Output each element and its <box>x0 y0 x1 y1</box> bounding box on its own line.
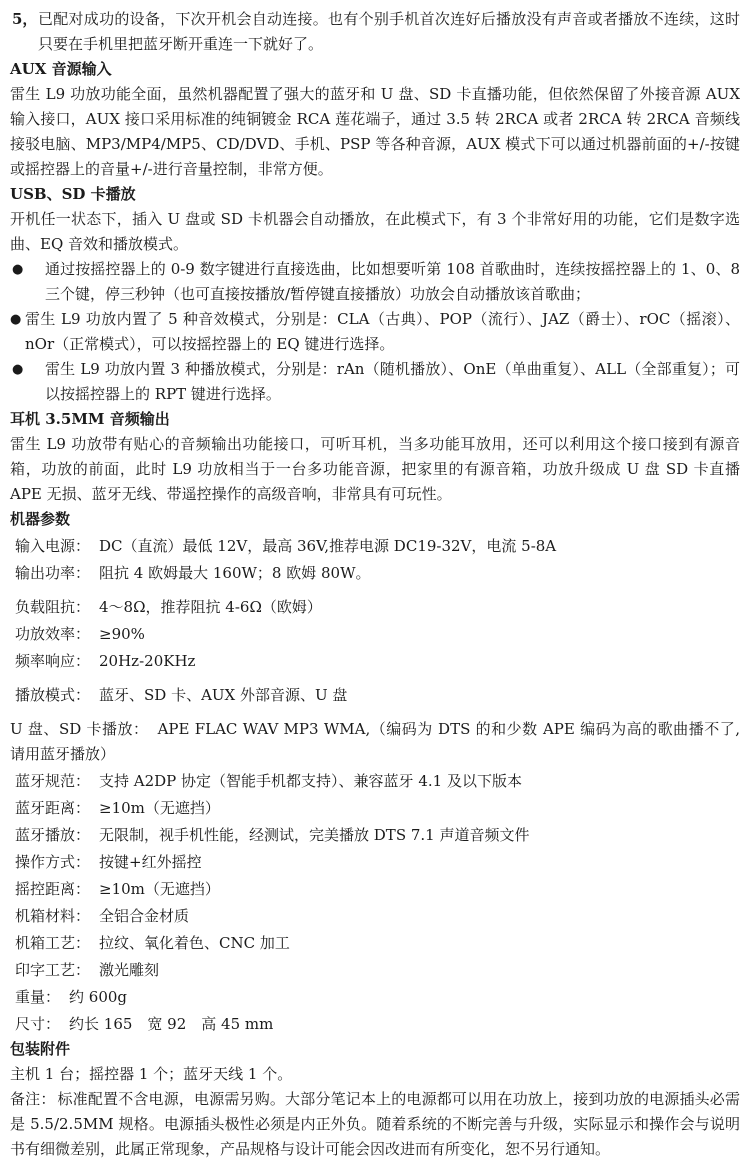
spec-row-print-craft: 印字工艺：激光雕刻 <box>10 958 740 983</box>
bullet-item-digit-select: ● 通过按摇控器上的 0-9 数字键进行直接选曲，比如想要听第 108 首歌曲时… <box>10 257 740 307</box>
spec-value: 全铝合金材质 <box>99 907 189 925</box>
item-number: 5， <box>12 7 37 32</box>
spec-row-operation: 操作方式：按键+红外摇控 <box>10 850 740 875</box>
spec-label: 摇控距离： <box>15 880 90 898</box>
spec-row-play-modes: 播放模式：蓝牙、SD 卡、AUX 外部音源、U 盘 <box>10 683 740 708</box>
spec-label: 负载阻抗： <box>15 598 90 616</box>
spec-label: 印字工艺： <box>15 961 90 979</box>
spec-row-case-craft: 机箱工艺：拉纹、氧化着色、CNC 加工 <box>10 931 740 956</box>
spec-value: ≥90% <box>99 625 145 643</box>
spec-row-load-impedance: 负载阻抗：4～8Ω，推荐阻抗 4-6Ω（欧姆） <box>10 595 740 620</box>
spec-label: 频率响应： <box>15 652 90 670</box>
spec-row-usb-sd-playback: U 盘、SD 卡播放：APE FLAC WAV MP3 WMA,（编码为 DTS… <box>10 717 740 767</box>
spec-label: 尺寸： <box>15 1015 60 1033</box>
spec-value: 阻抗 4 欧姆最大 160W；8 欧姆 80W。 <box>99 564 370 582</box>
spec-label: 重量： <box>15 988 60 1006</box>
section-heading-usb-sd: USB、SD 卡播放 <box>10 182 740 207</box>
packaging-paragraph: 主机 1 台；摇控器 1 个；蓝牙天线 1 个。 <box>10 1062 740 1087</box>
spec-row-efficiency: 功放效率：≥90% <box>10 622 740 647</box>
note-text: 标准配置不含电源，电源需另购。大部分笔记本上的电源都可以用在功放上，接到功放的电… <box>10 1090 740 1158</box>
spec-row-weight: 重量：约 600g <box>10 985 740 1010</box>
spec-row-bt-distance: 蓝牙距离：≥10m（无遮挡） <box>10 796 740 821</box>
spec-value: DC（直流）最低 12V，最高 36V,推荐电源 DC19-32V，电流 5-8… <box>99 537 556 555</box>
bullet-icon: ● <box>12 257 23 282</box>
spec-value: 20Hz-20KHz <box>99 652 195 670</box>
spec-value: 约 600g <box>69 988 127 1006</box>
section-heading-aux: AUX 音源输入 <box>10 57 740 82</box>
spec-label: 操作方式： <box>15 853 90 871</box>
headphone-paragraph: 雷生 L9 功放带有贴心的音频输出功能接口，可听耳机，当多功能耳放用，还可以利用… <box>10 432 740 507</box>
spec-value: 蓝牙、SD 卡、AUX 外部音源、U 盘 <box>99 686 347 704</box>
spec-value: ≥10m（无遮挡） <box>99 880 220 898</box>
note-paragraph: 备注：标准配置不含电源，电源需另购。大部分笔记本上的电源都可以用在功放上，接到功… <box>10 1087 740 1162</box>
bullet-item-play-modes: ● 雷生 L9 功放内置 3 种播放模式，分别是：rAn（随机播放）、OnE（单… <box>10 357 740 407</box>
section-heading-specs: 机器参数 <box>10 507 740 532</box>
spec-value: 4～8Ω，推荐阻抗 4-6Ω（欧姆） <box>99 598 322 616</box>
aux-paragraph: 雷生 L9 功放功能全面，虽然机器配置了强大的蓝牙和 U 盘、SD 卡直播功能，… <box>10 82 740 182</box>
bullet-icon: ● <box>10 307 21 332</box>
spec-value: 支持 A2DP 协定（智能手机都支持）、兼容蓝牙 4.1 及以下版本 <box>99 772 522 790</box>
bullet-text: 通过按摇控器上的 0-9 数字键进行直接选曲，比如想要听第 108 首歌曲时，连… <box>45 260 740 303</box>
section-heading-headphone: 耳机 3.5MM 音频输出 <box>10 407 740 432</box>
spec-label: 蓝牙播放： <box>15 826 90 844</box>
usb-paragraph: 开机任一状态下，插入 U 盘或 SD 卡机器会自动播放，在此模式下，有 3 个非… <box>10 207 740 257</box>
spec-row-bt-playback: 蓝牙播放：无限制，视手机性能，经测试，完美播放 DTS 7.1 声道音频文件 <box>10 823 740 848</box>
spec-row-frequency-response: 频率响应：20Hz-20KHz <box>10 649 740 674</box>
spec-label: 输出功率： <box>15 564 90 582</box>
spec-label: 输入电源： <box>15 537 90 555</box>
spec-label: 蓝牙规范： <box>15 772 90 790</box>
bullet-text: 雷生 L9 功放内置了 5 种音效模式，分别是：CLA（古典）、POP（流行）、… <box>25 310 740 353</box>
spec-row-remote-distance: 摇控距离：≥10m（无遮挡） <box>10 877 740 902</box>
bullet-item-eq-modes: ● 雷生 L9 功放内置了 5 种音效模式，分别是：CLA（古典）、POP（流行… <box>10 307 740 357</box>
spec-value: 拉纹、氧化着色、CNC 加工 <box>99 934 290 952</box>
spec-value: 按键+红外摇控 <box>99 853 202 871</box>
spec-value: 激光雕刻 <box>99 961 159 979</box>
spec-label: 机箱工艺： <box>15 934 90 952</box>
numbered-item-5: 5， 已配对成功的设备，下次开机会自动连接。也有个别手机首次连好后播放没有声音或… <box>10 7 740 57</box>
spec-label: 播放模式： <box>15 686 90 704</box>
spec-row-output-power: 输出功率：阻抗 4 欧姆最大 160W；8 欧姆 80W。 <box>10 561 740 586</box>
manual-page: 5， 已配对成功的设备，下次开机会自动连接。也有个别手机首次连好后播放没有声音或… <box>0 0 750 1168</box>
spec-value: ≥10m（无遮挡） <box>99 799 220 817</box>
spec-label: 机箱材料： <box>15 907 90 925</box>
item-text: 已配对成功的设备，下次开机会自动连接。也有个别手机首次连好后播放没有声音或者播放… <box>38 10 740 53</box>
spec-value: 无限制，视手机性能，经测试，完美播放 DTS 7.1 声道音频文件 <box>99 826 529 844</box>
bullet-icon: ● <box>12 357 23 382</box>
spec-label: U 盘、SD 卡播放： <box>10 720 149 738</box>
spec-row-bt-spec: 蓝牙规范：支持 A2DP 协定（智能手机都支持）、兼容蓝牙 4.1 及以下版本 <box>10 769 740 794</box>
spec-value: 约长 165 宽 92 高 45 mm <box>69 1015 273 1033</box>
spec-label: 蓝牙距离： <box>15 799 90 817</box>
spec-label: 功放效率： <box>15 625 90 643</box>
spec-row-input-power: 输入电源：DC（直流）最低 12V，最高 36V,推荐电源 DC19-32V，电… <box>10 534 740 559</box>
spec-row-size: 尺寸：约长 165 宽 92 高 45 mm <box>10 1012 740 1037</box>
spec-row-case-material: 机箱材料：全铝合金材质 <box>10 904 740 929</box>
bullet-text: 雷生 L9 功放内置 3 种播放模式，分别是：rAn（随机播放）、OnE（单曲重… <box>45 360 740 403</box>
note-label: 备注： <box>10 1090 56 1108</box>
